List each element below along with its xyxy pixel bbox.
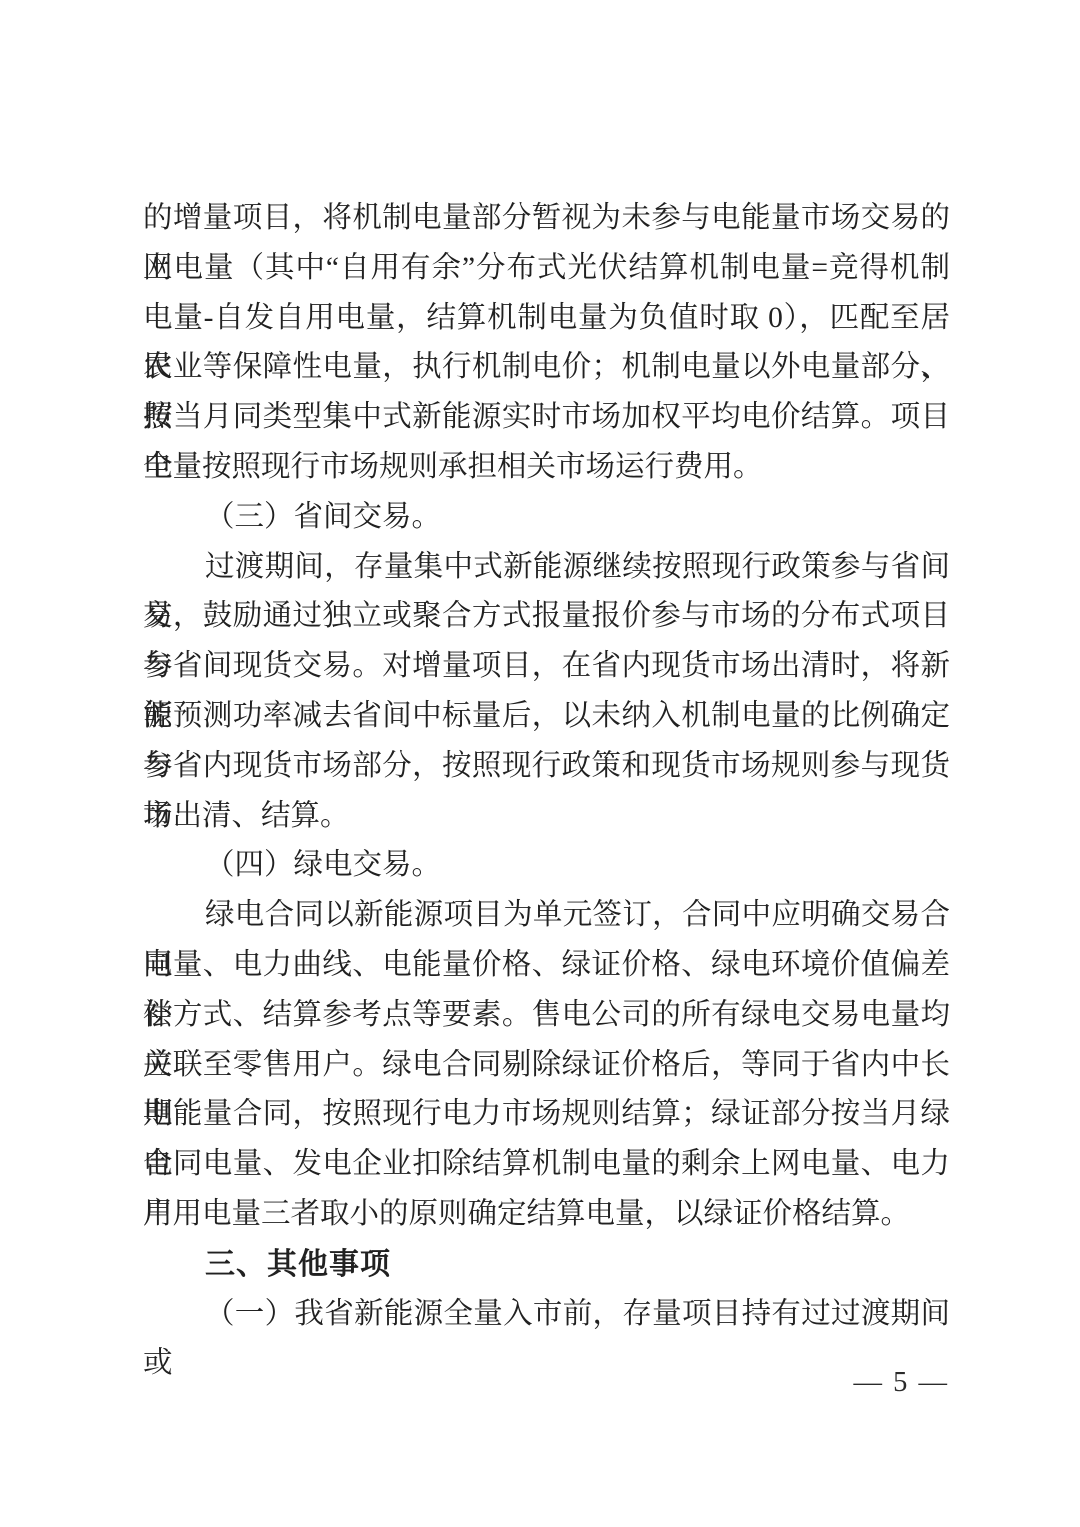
document-body: 的增量项目，将机制电量部分暂视为未参与电能量市场交易的上 网电量（其中“自用有余… (143, 194, 950, 1339)
body-line: 网电量（其中“自用有余”分布式光伏结算机制电量=竞得机制 (143, 244, 950, 294)
body-line: 场出清、结算。 (143, 792, 950, 842)
body-line: 照当月同类型集中式新能源实时市场加权平均电价结算。项目全 (143, 393, 950, 443)
body-line: 关联至零售用户。绿电合同剔除绿证价格后，等同于省内中长期 (143, 1041, 950, 1091)
body-line: 绿电合同以新能源项目为单元签订，合同中应明确交易合同 (143, 891, 950, 941)
body-line: 与省间现货交易。对增量项目，在省内现货市场出清时，将新能 (143, 642, 950, 692)
body-line: （一）我省新能源全量入市前，存量项目持有过过渡期间或 (143, 1290, 950, 1340)
body-line: 电量、电力曲线、电能量价格、绿证价格、绿电环境价值偏差补 (143, 941, 950, 991)
document-page: 的增量项目，将机制电量部分暂视为未参与电能量市场交易的上 网电量（其中“自用有余… (0, 0, 1080, 1527)
body-line: 电能量合同，按照现行电力市场规则结算；绿证部分按当月绿电 (143, 1090, 950, 1140)
body-line: 与省内现货市场部分，按照现行政策和现货市场规则参与现货市 (143, 742, 950, 792)
section-heading-other-matters: 三、其他事项 (143, 1240, 950, 1290)
subsection-heading-inter-provincial-trade: （三）省间交易。 (143, 493, 950, 543)
subsection-heading-green-power-trade: （四）绿电交易。 (143, 841, 950, 891)
body-line: 农业等保障性电量，执行机制电价；机制电量以外电量部分，按 (143, 343, 950, 393)
page-number: — 5 — (854, 1363, 950, 1403)
body-line: 过渡期间，存量集中式新能源继续按照现行政策参与省间交 (143, 543, 950, 593)
body-line: 源预测功率减去省间中标量后，以未纳入机制电量的比例确定参 (143, 692, 950, 742)
body-line: 的增量项目，将机制电量部分暂视为未参与电能量市场交易的上 (143, 194, 950, 244)
body-line: 易，鼓励通过独立或聚合方式报量报价参与市场的分布式项目参 (143, 592, 950, 642)
body-line: 户用电量三者取小的原则确定结算电量，以绿证价格结算。 (143, 1190, 950, 1240)
body-line: 电量按照现行市场规则承担相关市场运行费用。 (143, 443, 950, 493)
body-line: 合同电量、发电企业扣除结算机制电量的剩余上网电量、电力用 (143, 1140, 950, 1190)
body-line: 电量-自发自用电量，结算机制电量为负值时取 0），匹配至居民、 (143, 294, 950, 344)
body-line: 偿方式、结算参考点等要素。售电公司的所有绿电交易电量均应 (143, 991, 950, 1041)
